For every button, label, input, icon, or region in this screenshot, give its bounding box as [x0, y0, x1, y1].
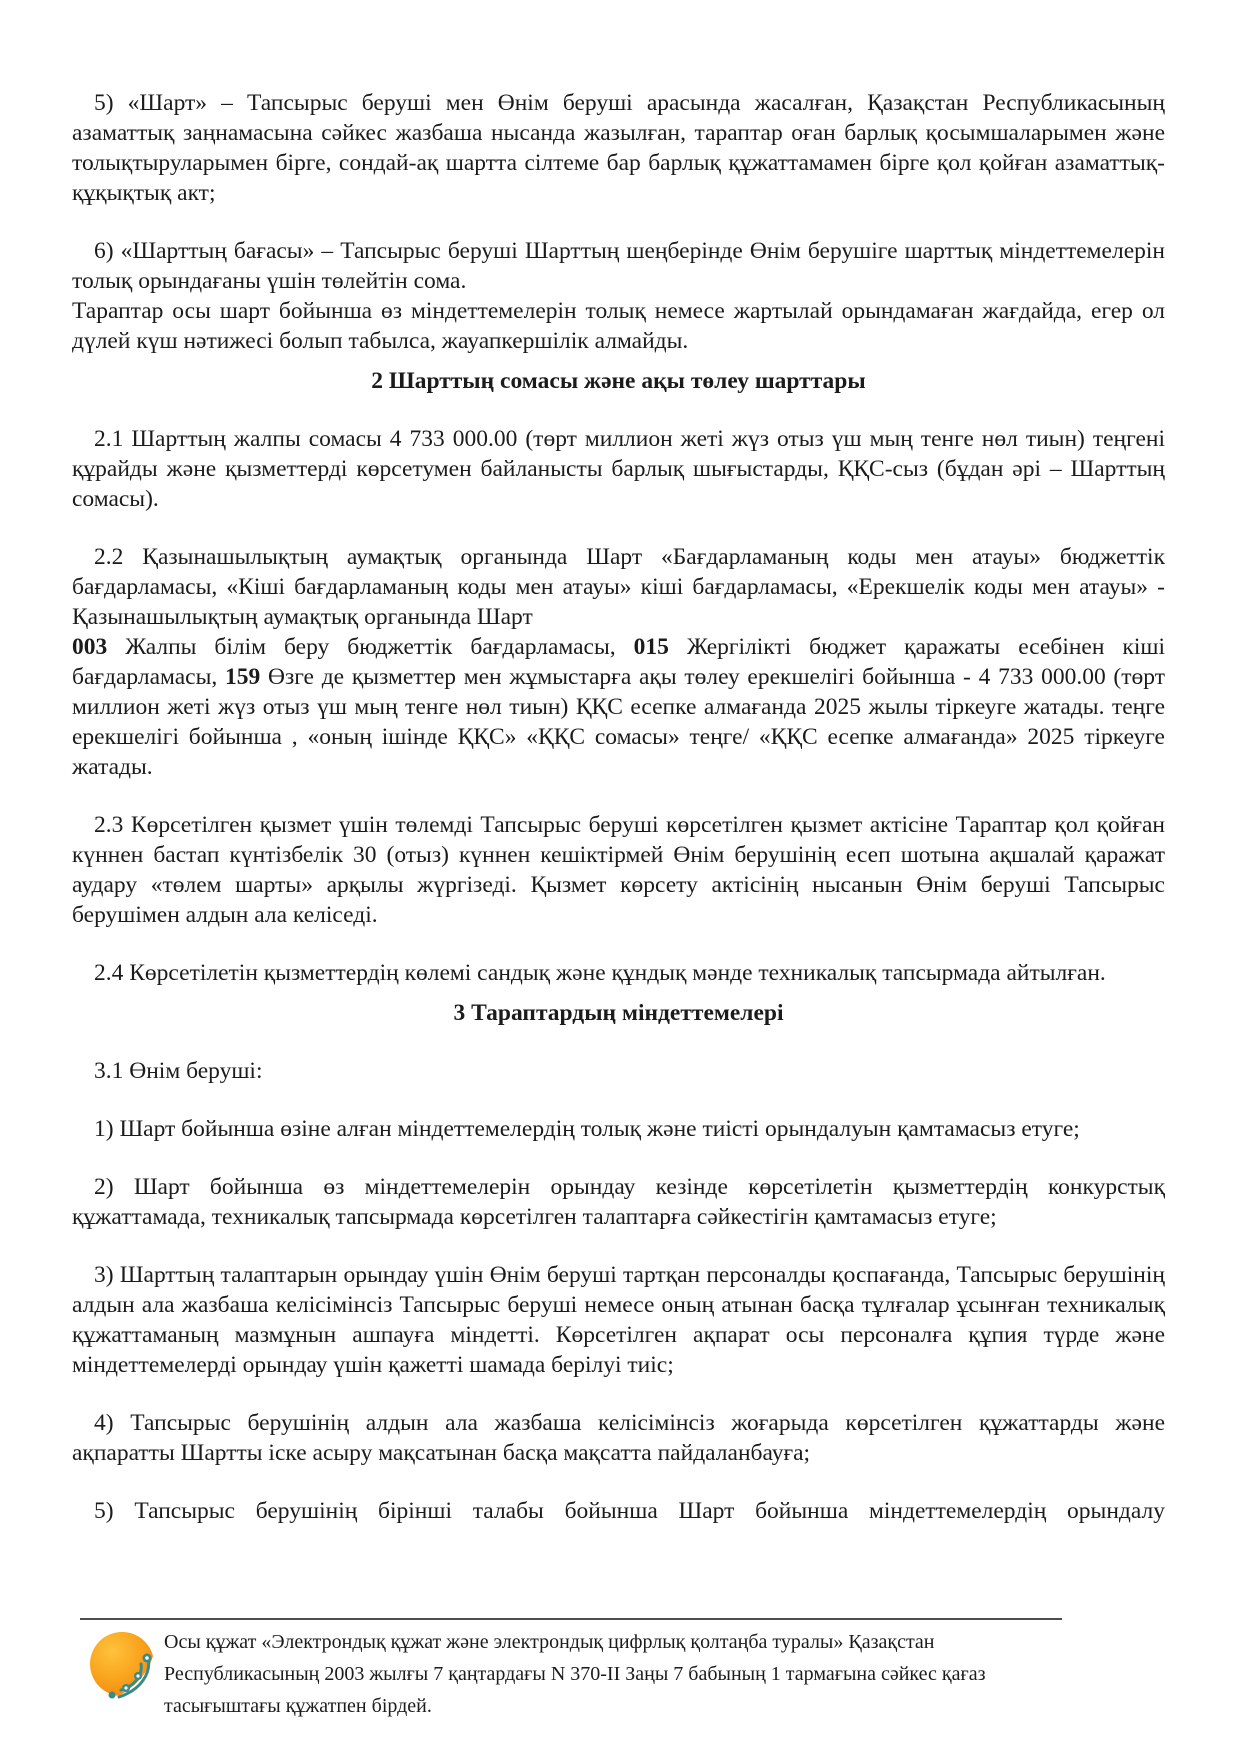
- footer-line-1: Осы құжат «Электрондық құжат және электр…: [164, 1626, 985, 1658]
- footer-separator-line: [80, 1618, 1062, 1620]
- obligation-1: 1) Шарт бойынша өзіне алған міндеттемеле…: [72, 1114, 1165, 1144]
- footer-line-2: Республикасының 2003 жылғы 7 қаңтардағы …: [164, 1658, 985, 1690]
- egov-stamp-icon: [86, 1631, 162, 1707]
- contract-body: 5) «Шарт» – Тапсырыс беруші мен Өнім бер…: [0, 0, 1241, 1526]
- clause-6-contract-price-definition: 6) «Шарттың бағасы» – Тапсырыс беруші Ша…: [72, 236, 1165, 296]
- obligation-2: 2) Шарт бойынша өз міндеттемелерін орынд…: [72, 1172, 1165, 1232]
- clause-2-2-treasury-intro: 2.2 Қазынашылықтың аумақтық органында Ша…: [72, 542, 1165, 632]
- clause-5-contract-definition: 5) «Шарт» – Тапсырыс беруші мен Өнім бер…: [72, 88, 1165, 208]
- contract-document-page: 5) «Шарт» – Тапсырыс беруші мен Өнім бер…: [0, 0, 1241, 1754]
- clause-2-2-budget-codes: 003 Жалпы білім беру бюджеттік бағдарлам…: [72, 632, 1165, 782]
- clause-2-1-total-amount: 2.1 Шарттың жалпы сомасы 4 733 000.00 (т…: [72, 424, 1165, 514]
- force-majeure-note: Тараптар осы шарт бойынша өз міндеттемел…: [72, 296, 1165, 356]
- obligation-3: 3) Шарттың талаптарын орындау үшін Өнім …: [72, 1260, 1165, 1380]
- clause-2-3-payment-terms: 2.3 Көрсетілген қызмет үшін төлемді Тапс…: [72, 810, 1165, 930]
- section-3-heading: 3 Тараптардың міндеттемелері: [72, 998, 1165, 1028]
- clause-3-1-supplier-label: 3.1 Өнім беруші:: [72, 1056, 1165, 1086]
- footer-line-3: тасығыштағы құжатпен бірдей.: [164, 1690, 985, 1722]
- obligation-4: 4) Тапсырыс берушінің алдын ала жазбаша …: [72, 1408, 1165, 1468]
- obligation-5-truncated: 5) Тапсырыс берушінің бірінші талабы бой…: [72, 1496, 1165, 1526]
- section-2-heading: 2 Шарттың сомасы және ақы төлеу шарттары: [72, 366, 1165, 396]
- legal-equivalence-note: Осы құжат «Электрондық құжат және электр…: [164, 1626, 985, 1722]
- clause-2-4-service-volume: 2.4 Көрсетілетін қызметтердің көлемі сан…: [72, 958, 1165, 988]
- digital-signature-footer: Осы құжат «Электрондық құжат және электр…: [86, 1626, 985, 1722]
